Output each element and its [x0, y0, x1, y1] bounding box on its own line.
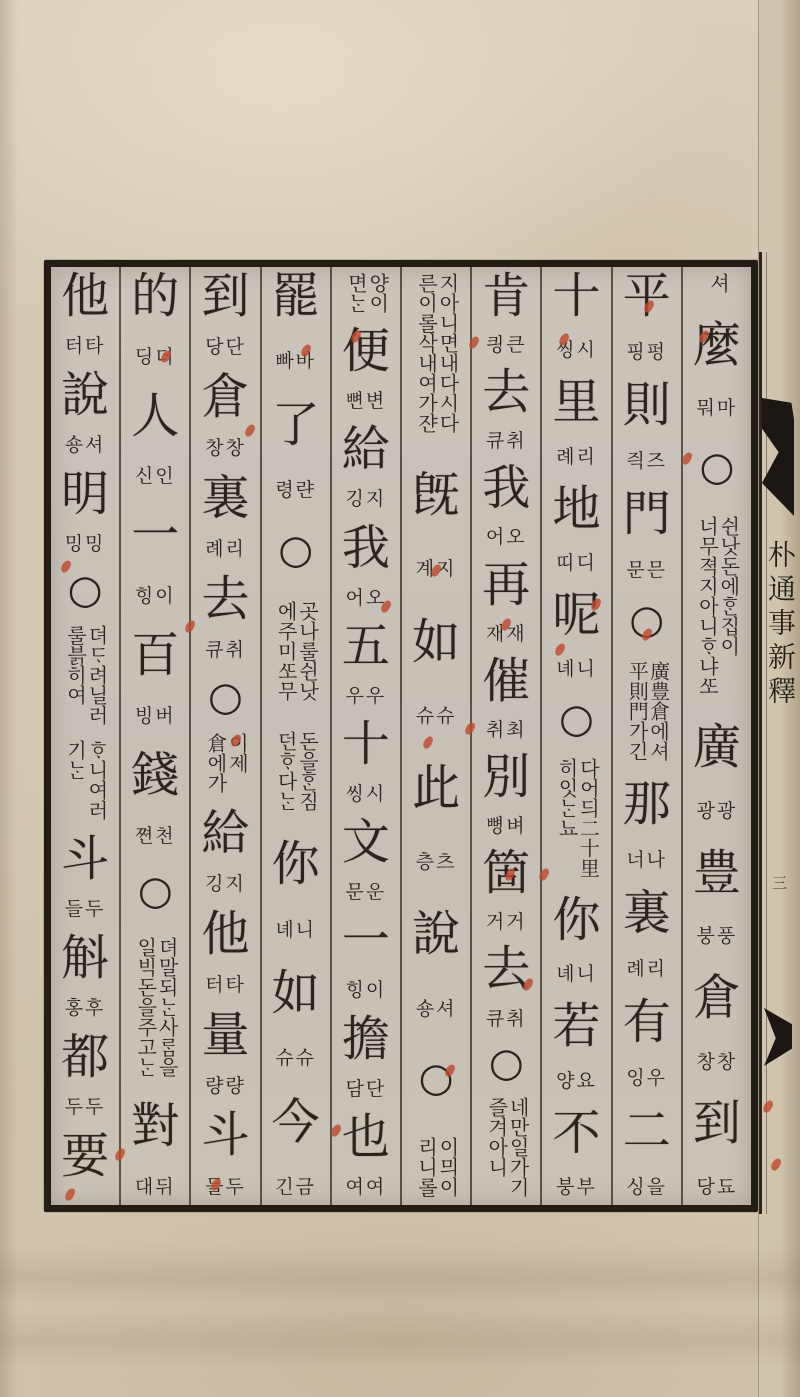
- gloss-right-line: 돈을ᄒᆞᆫ짐: [296, 731, 316, 811]
- hanzi-char: 說: [412, 911, 460, 960]
- hanzi-char: 要: [61, 1133, 109, 1182]
- hangul-reading: 뼌변: [346, 392, 387, 411]
- hangul-reading: 문운: [346, 883, 387, 902]
- gloss-left-line: 던ᄒᆞ다ᄂᆞᆫ: [275, 731, 295, 811]
- hanzi-char: 箇: [482, 850, 530, 899]
- section-circle: ○: [699, 447, 734, 487]
- hangul-reading: 층츠: [416, 853, 457, 872]
- hanzi-char: 如: [272, 970, 320, 1019]
- hanzi-char: 他: [61, 273, 109, 322]
- hanzi-char: 倉: [693, 975, 741, 1024]
- hangul-reading: 빙버: [135, 707, 176, 726]
- hangul-reading: 킝큰: [486, 336, 527, 355]
- hangul-reading: 령랸: [275, 481, 316, 500]
- hanzi-char: 你: [272, 841, 320, 890]
- hangul-reading: 뼝벼: [486, 817, 527, 836]
- hanzi-char: 到: [693, 1100, 741, 1149]
- gloss-right-line: 다어듸二十里: [577, 758, 597, 878]
- hanzi-char: 人: [131, 393, 179, 442]
- hanzi-char: 罷: [272, 273, 320, 322]
- hangul-reading: 당단: [205, 338, 246, 357]
- hanzi-char: 對: [131, 1103, 179, 1152]
- hanzi-char: 斗: [201, 1112, 249, 1161]
- page-left-edge-shadow: [0, 0, 18, 1397]
- hanzi-char: 二: [623, 1108, 671, 1157]
- hanzi-char: 擔: [342, 1016, 390, 1065]
- hanzi-char: 說: [61, 372, 109, 421]
- gloss-right-line: 이제: [226, 733, 246, 793]
- hangul-reading: 여여: [346, 1178, 387, 1197]
- hanzi-char: 如: [412, 619, 460, 668]
- hangul-reading: 들두: [205, 1178, 246, 1197]
- hangul-reading: 취최: [486, 721, 527, 740]
- hanzi-char: 去: [201, 576, 249, 625]
- hanzi-char: 給: [201, 810, 249, 859]
- hanzi-char: 我: [342, 525, 390, 574]
- gloss-right-line: 곳나룰쉰낫: [296, 601, 316, 701]
- hanzi-char: 別: [482, 754, 530, 803]
- hanzi-char: 十: [552, 273, 600, 322]
- text-column: 十씽시里례리地띠디呢녜니○다어듸二十里히잇ᄂᆞᆫ뇨你녜니若양요不붕부: [540, 267, 610, 1205]
- hanzi-char: 麼: [693, 322, 741, 371]
- translation-gloss: 뎌ᄃᆞ려닐러룰븕히여: [64, 625, 106, 725]
- gloss-left-line: 기ᄂᆞᆫ: [64, 740, 84, 820]
- hanzi-char: 我: [482, 465, 530, 514]
- section-circle: ○: [489, 1043, 524, 1083]
- columns: 셔麼뭐마○쉰낫돈에ᄒᆞᆫ집이너무젹지아니ᄒᆞ냐ᄯᅩ廣광광豊붕풍倉창창到당됴平핑펑…: [51, 267, 751, 1205]
- hangul-reading: 광광: [697, 802, 738, 821]
- section-circle: ○: [68, 570, 103, 610]
- hangul-reading: 당됴: [697, 1178, 738, 1197]
- hangul-reading: 양요: [556, 1072, 597, 1091]
- spine-strip: 朴通事新釋 三: [758, 0, 800, 1397]
- hanzi-char: 去: [482, 946, 530, 995]
- hanzi-char: 門: [623, 491, 671, 540]
- hangul-reading: 터타: [205, 976, 246, 995]
- hangul-reading: 어오: [486, 528, 527, 547]
- hangul-reading: 싱을: [626, 1178, 667, 1197]
- hanzi-char: 旣: [412, 472, 460, 521]
- hanzi-char: 都: [61, 1034, 109, 1083]
- gloss-right-line: 이믜이: [437, 1137, 457, 1197]
- hanzi-char: 去: [482, 369, 530, 418]
- fishtail-ornament-bottom-icon: [764, 1008, 792, 1066]
- hangul-reading: 슈슈: [275, 1049, 316, 1068]
- hanzi-char: 五: [342, 623, 390, 672]
- hanzi-char: 百: [131, 632, 179, 681]
- translation-gloss: 양이면ᄂᆞᆫ: [345, 273, 387, 313]
- text-column: 肯킝큰去큐취我어오再재재催취최別뼝벼箇거거去큐취○네만일가기즐겨아니: [470, 267, 540, 1205]
- section-circle: ○: [278, 530, 313, 570]
- hanzi-char: 文: [342, 819, 390, 868]
- hanzi-char: 里: [552, 379, 600, 428]
- spine-inner-line: [766, 252, 767, 1214]
- hanzi-char: 倉: [201, 374, 249, 423]
- hangul-reading: 창창: [205, 439, 246, 458]
- hangul-reading: 즥즈: [626, 452, 667, 471]
- gloss-left-line: 른이롤삭내여가쟌: [415, 273, 435, 433]
- hanzi-char: 催: [482, 658, 530, 707]
- hangul-reading: 깅지: [346, 490, 387, 509]
- hangul-reading: 쪈천: [135, 827, 176, 846]
- gloss-right-line: 쉰낫돈에ᄒᆞᆫ집이: [717, 516, 737, 696]
- hangul-reading: 재재: [486, 625, 527, 644]
- hangul-reading: 터타: [65, 337, 106, 356]
- text-column: 到당단倉창창裏례리去큐취○이제倉에가給깅지他터타量량량斗들두: [189, 267, 259, 1205]
- hanzi-char: 有: [623, 999, 671, 1048]
- hanzi-char: 廣: [693, 724, 741, 773]
- section-circle: ○: [138, 871, 173, 911]
- hanzi-char: 裏: [201, 475, 249, 524]
- gloss-left-line: 일빅돈을주고ᄂᆞᆫ: [134, 937, 154, 1077]
- text-frame: 셔麼뭐마○쉰낫돈에ᄒᆞᆫ집이너무젹지아니ᄒᆞ냐ᄯᅩ廣광광豊붕풍倉창창到당됴平핑펑…: [44, 260, 758, 1212]
- translation-gloss: 廣豊倉에셔平則門가긴: [626, 661, 668, 761]
- hangul-reading: 힝이: [135, 587, 176, 606]
- translation-gloss: 돈을ᄒᆞᆫ짐던ᄒᆞ다ᄂᆞᆫ: [275, 731, 317, 811]
- hangul-reading: 밍밍: [65, 535, 106, 554]
- section-circle: ○: [559, 699, 594, 739]
- hangul-reading: 량량: [205, 1077, 246, 1096]
- hanzi-char: 一: [131, 512, 179, 561]
- gloss-right-line: 네만일가기: [507, 1097, 527, 1197]
- book-page: 셔麼뭐마○쉰낫돈에ᄒᆞᆫ집이너무젹지아니ᄒᆞ냐ᄯᅩ廣광광豊붕풍倉창창到당됴平핑펑…: [0, 0, 800, 1397]
- hangul-reading: 씽시: [346, 785, 387, 804]
- hangul-reading: 담단: [346, 1080, 387, 1099]
- gloss-right-line: 뎌ᄃᆞ려닐러: [86, 625, 106, 725]
- translation-gloss: 이믜이리니롤: [415, 1137, 457, 1197]
- hanzi-char: 量: [201, 1012, 249, 1061]
- text-column: 양이면ᄂᆞᆫ便뼌변給깅지我어오五우우十씽시文문운一힝이擔담단也여여: [330, 267, 400, 1205]
- hangul-reading: 우우: [346, 687, 387, 706]
- hangul-reading: 문믄: [626, 561, 667, 580]
- gloss-left-line: 즐겨아니: [485, 1097, 505, 1197]
- hanzi-char: 錢: [131, 752, 179, 801]
- hanzi-char: 今: [272, 1099, 320, 1148]
- gloss-right-line: 양이: [366, 273, 386, 313]
- gloss-left-line: 倉에가: [205, 733, 225, 793]
- hangul-reading: 띠디: [556, 554, 597, 573]
- hanzi-char: 呢: [552, 592, 600, 641]
- hangul-reading: 례리: [556, 448, 597, 467]
- translation-gloss: 네만일가기즐겨아니: [485, 1097, 527, 1197]
- translation-gloss: ᄒᆞ니여러기ᄂᆞᆫ: [64, 740, 106, 820]
- translation-gloss: 다어듸二十里히잇ᄂᆞᆫ뇨: [556, 758, 598, 878]
- hanzi-char: 便: [342, 328, 390, 377]
- gloss-right-line: 셔: [707, 273, 727, 293]
- hanzi-char: 豊: [693, 850, 741, 899]
- hangul-reading: 거거: [486, 913, 527, 932]
- hanzi-char: 他: [201, 911, 249, 960]
- hanzi-char: 到: [201, 273, 249, 322]
- text-column: 셔麼뭐마○쉰낫돈에ᄒᆞᆫ집이너무젹지아니ᄒᆞ냐ᄯᅩ廣광광豊붕풍倉창창到당됴: [681, 267, 751, 1205]
- hanzi-char: 若: [552, 1003, 600, 1052]
- hangul-reading: 큐취: [486, 1010, 527, 1029]
- hangul-reading: 힝이: [346, 981, 387, 1000]
- hangul-reading: 붕풍: [697, 927, 738, 946]
- hangul-reading: 슈슈: [416, 707, 457, 726]
- hanzi-char: 裏: [623, 890, 671, 939]
- hanzi-char: 平: [623, 273, 671, 322]
- hanzi-char: 再: [482, 562, 530, 611]
- hangul-reading: 녜니: [556, 660, 597, 679]
- hanzi-char: 那: [623, 781, 671, 830]
- gloss-right-line: 廣豊倉에셔: [647, 661, 667, 761]
- gloss-left-line: 平則門가긴: [626, 661, 646, 761]
- hanzi-char: 你: [552, 897, 600, 946]
- text-column: 他터타說숑셔明밍밍○뎌ᄃᆞ려닐러룰븕히여ᄒᆞ니여러기ᄂᆞᆫ斗들두斛홍후都두두要: [51, 267, 119, 1205]
- translation-gloss: 곳나룰쉰낫에주미ᄯᅩ무: [275, 601, 317, 701]
- hangul-reading: 어오: [346, 589, 387, 608]
- hanzi-char: 此: [412, 765, 460, 814]
- hangul-reading: 계지: [416, 560, 457, 579]
- spine-title: 朴通事新釋: [765, 540, 793, 710]
- hangul-reading: 숑셔: [65, 436, 106, 455]
- hangul-reading: 녜니: [556, 965, 597, 984]
- hangul-reading: 빠바: [275, 352, 316, 371]
- hangul-reading: 씽시: [556, 341, 597, 360]
- hanzi-char: 的: [131, 273, 179, 322]
- translation-gloss: 뎌말되ᄂᆞᆫ사ᄅᆞᆷ을일빅돈을주고ᄂᆞᆫ: [134, 937, 176, 1077]
- hangul-reading: 두두: [65, 1098, 106, 1117]
- text-column: 罷빠바了령랸○곳나룰쉰낫에주미ᄯᅩ무돈을ᄒᆞᆫ짐던ᄒᆞ다ᄂᆞᆫ你녜니如슈슈今긴금: [260, 267, 330, 1205]
- hanzi-char: 則: [623, 382, 671, 431]
- gloss-left-line: 리니롤: [415, 1137, 435, 1197]
- hanzi-char: 斛: [61, 935, 109, 984]
- hanzi-char: 不: [552, 1110, 600, 1159]
- text-column: 的딩더人신인一힝이百빙버錢쪈천○뎌말되ᄂᆞᆫ사ᄅᆞᆷ을일빅돈을주고ᄂᆞᆫ對대뒤: [119, 267, 189, 1205]
- hanzi-char: 也: [342, 1114, 390, 1163]
- text-column: 지아니면내다시다른이롤삭내여가쟌旣계지如슈슈此층츠說숑셔○이믜이리니롤: [400, 267, 470, 1205]
- gloss-right-line: 뎌말되ᄂᆞᆫ사ᄅᆞᆷ을: [156, 937, 176, 1077]
- hanzi-char: 一: [342, 917, 390, 966]
- hanzi-char: 地: [552, 486, 600, 535]
- hangul-reading: 깅지: [205, 875, 246, 894]
- hangul-reading: 대뒤: [135, 1178, 176, 1197]
- hanzi-char: 斗: [61, 836, 109, 885]
- gloss-left-line: 너무젹지아니ᄒᆞ냐ᄯᅩ: [696, 516, 716, 696]
- gloss-right-line: ᄒᆞ니여러: [86, 740, 106, 820]
- hangul-reading: 례리: [205, 540, 246, 559]
- translation-gloss: 지아니면내다시다른이롤삭내여가쟌: [415, 273, 457, 433]
- hanzi-char: 了: [272, 402, 320, 451]
- hangul-reading: 붕부: [556, 1178, 597, 1197]
- spine-border-line: [759, 252, 762, 1214]
- hangul-reading: 녜니: [275, 921, 316, 940]
- translation-gloss: 이제倉에가: [205, 733, 247, 793]
- gloss-left-line: 히잇ᄂᆞᆫ뇨: [556, 758, 576, 878]
- gloss-left-line: 룰븕히여: [64, 625, 84, 725]
- translation-gloss: 쉰낫돈에ᄒᆞᆫ집이너무젹지아니ᄒᆞ냐ᄯᅩ: [696, 516, 738, 696]
- hangul-reading: 큐취: [205, 641, 246, 660]
- gloss-left-line: 면ᄂᆞᆫ: [345, 273, 365, 313]
- volume-mark: 三: [772, 872, 787, 893]
- gloss-right-line: 지아니면내다시다: [437, 273, 457, 433]
- hangul-reading: 례리: [626, 960, 667, 979]
- section-circle: ○: [419, 1058, 454, 1098]
- translation-gloss: 셔: [706, 273, 727, 293]
- hangul-reading: 너나: [626, 851, 667, 870]
- section-circle: ○: [208, 677, 243, 717]
- hanzi-char: 給: [342, 426, 390, 475]
- hanzi-char: 明: [61, 471, 109, 520]
- hangul-reading: 큐취: [486, 432, 527, 451]
- section-circle: ○: [629, 600, 664, 640]
- hangul-reading: 딩더: [135, 348, 176, 367]
- text-column: 平핑펑則즥즈門문믄○廣豊倉에셔平則門가긴那너나裏례리有잉우二싱을: [611, 267, 681, 1205]
- hangul-reading: 창창: [697, 1053, 738, 1072]
- gloss-left-line: 에주미ᄯᅩ무: [275, 601, 295, 701]
- hangul-reading: 뭐마: [697, 399, 738, 418]
- hanzi-char: 肯: [482, 273, 530, 322]
- hangul-reading: 홍후: [65, 999, 106, 1018]
- hangul-reading: 신인: [135, 467, 176, 486]
- hangul-reading: 핑펑: [626, 343, 667, 362]
- hangul-reading: 숑셔: [416, 1000, 457, 1019]
- hangul-reading: 잉우: [626, 1069, 667, 1088]
- hangul-reading: 들두: [65, 900, 106, 919]
- hanzi-char: 十: [342, 721, 390, 770]
- hangul-reading: 긴금: [275, 1178, 316, 1197]
